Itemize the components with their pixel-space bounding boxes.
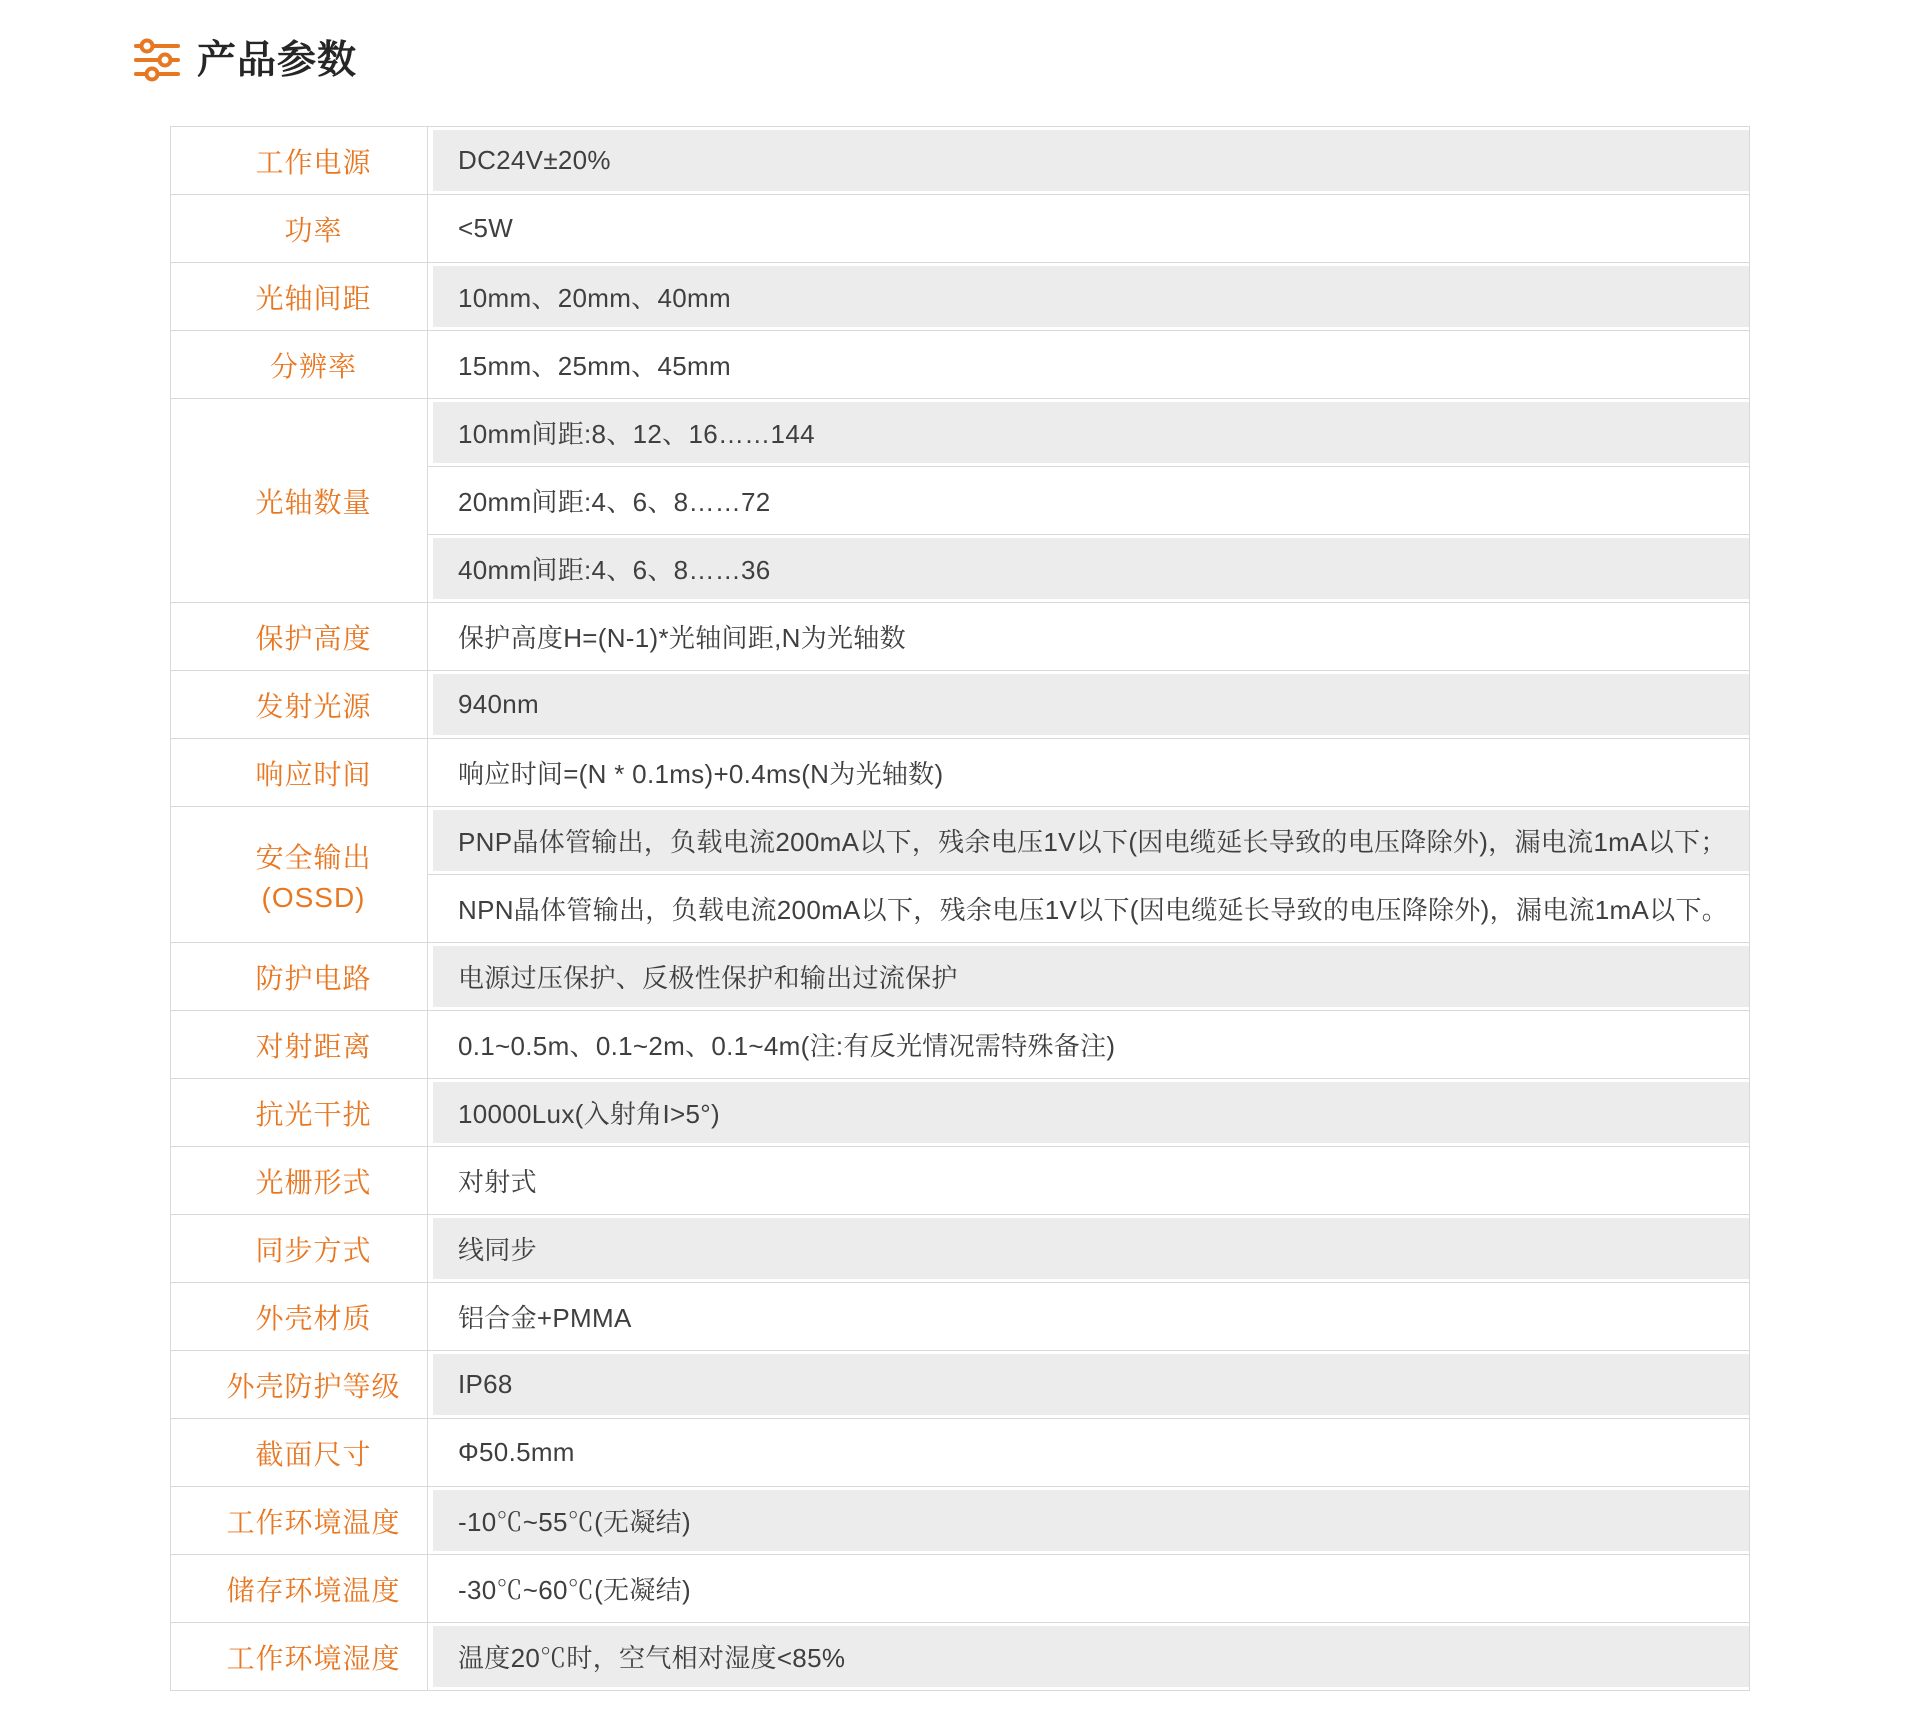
- param-value: Φ50.5mm: [428, 1419, 1750, 1487]
- param-value: -30℃~60℃(无凝结): [428, 1555, 1750, 1623]
- param-value: 铝合金+PMMA: [428, 1283, 1750, 1351]
- param-label: 光栅形式: [171, 1147, 428, 1215]
- table-row: 工作电源 DC24V±20%: [171, 127, 1750, 195]
- table-row: 光栅形式 对射式: [171, 1147, 1750, 1215]
- param-label: 防护电路: [171, 943, 428, 1011]
- table-row: 安全输出 (OSSD) PNP晶体管输出，负载电流200mA以下，残余电压1V以…: [171, 807, 1750, 875]
- table-row: 工作环境温度 -10℃~55℃(无凝结): [171, 1487, 1750, 1555]
- param-value: 15mm、25mm、45mm: [428, 331, 1750, 399]
- table-row: 对射距离 0.1~0.5m、0.1~2m、0.1~4m(注:有反光情况需特殊备注…: [171, 1011, 1750, 1079]
- table-row: 外壳材质 铝合金+PMMA: [171, 1283, 1750, 1351]
- param-label-line1: 安全输出: [255, 842, 371, 873]
- param-label: 工作环境温度: [171, 1487, 428, 1555]
- param-label: 保护高度: [171, 603, 428, 671]
- param-value: 20mm间距:4、6、8……72: [428, 467, 1750, 535]
- param-label: 工作电源: [171, 127, 428, 195]
- param-value: 0.1~0.5m、0.1~2m、0.1~4m(注:有反光情况需特殊备注): [428, 1011, 1750, 1079]
- table-row: 功率 <5W: [171, 195, 1750, 263]
- table-row: 外壳防护等级 IP68: [171, 1351, 1750, 1419]
- product-parameters-table: 工作电源 DC24V±20% 功率 <5W 光轴间距 10mm、20mm、40m…: [170, 126, 1750, 1691]
- param-label-line2: (OSSD): [201, 882, 426, 914]
- param-label: 同步方式: [171, 1215, 428, 1283]
- param-value: NPN晶体管输出，负载电流200mA以下，残余电压1V以下(因电缆延长导致的电压…: [428, 875, 1750, 943]
- param-value: 10mm间距:8、12、16……144: [428, 399, 1750, 467]
- param-value: <5W: [428, 195, 1750, 263]
- table-row: 响应时间 响应时间=(N * 0.1ms)+0.4ms(N为光轴数): [171, 739, 1750, 807]
- param-label: 储存环境温度: [171, 1555, 428, 1623]
- param-value: 10000Lux(入射角I>5°): [428, 1079, 1750, 1147]
- param-value: 40mm间距:4、6、8……36: [428, 535, 1750, 603]
- param-label: 安全输出 (OSSD): [171, 807, 428, 943]
- param-label: 功率: [171, 195, 428, 263]
- table-row: 抗光干扰 10000Lux(入射角I>5°): [171, 1079, 1750, 1147]
- param-value: 电源过压保护、反极性保护和输出过流保护: [428, 943, 1750, 1011]
- table-row: 发射光源 940nm: [171, 671, 1750, 739]
- table-row: 同步方式 线同步: [171, 1215, 1750, 1283]
- table-row: 截面尺寸 Φ50.5mm: [171, 1419, 1750, 1487]
- param-value: -10℃~55℃(无凝结): [428, 1487, 1750, 1555]
- param-value: PNP晶体管输出，负载电流200mA以下，残余电压1V以下(因电缆延长导致的电压…: [428, 807, 1750, 875]
- param-label: 光轴数量: [171, 399, 428, 603]
- param-label: 发射光源: [171, 671, 428, 739]
- param-value: 响应时间=(N * 0.1ms)+0.4ms(N为光轴数): [428, 739, 1750, 807]
- param-label: 外壳防护等级: [171, 1351, 428, 1419]
- section-header: 产品参数: [133, 38, 357, 82]
- param-value: 940nm: [428, 671, 1750, 739]
- table-row: 储存环境温度 -30℃~60℃(无凝结): [171, 1555, 1750, 1623]
- param-value: 温度20℃时，空气相对湿度<85%: [428, 1623, 1750, 1691]
- param-label: 工作环境湿度: [171, 1623, 428, 1691]
- table-row: 防护电路 电源过压保护、反极性保护和输出过流保护: [171, 943, 1750, 1011]
- param-value: 对射式: [428, 1147, 1750, 1215]
- param-value: 10mm、20mm、40mm: [428, 263, 1750, 331]
- table-row: 光轴间距 10mm、20mm、40mm: [171, 263, 1750, 331]
- param-label: 抗光干扰: [171, 1079, 428, 1147]
- param-value: 线同步: [428, 1215, 1750, 1283]
- param-value: 保护高度H=(N-1)*光轴间距,N为光轴数: [428, 603, 1750, 671]
- table-row: 保护高度 保护高度H=(N-1)*光轴间距,N为光轴数: [171, 603, 1750, 671]
- sliders-filter-icon: [133, 38, 181, 82]
- param-label: 响应时间: [171, 739, 428, 807]
- param-value: DC24V±20%: [428, 127, 1750, 195]
- param-label: 分辨率: [171, 331, 428, 399]
- param-label: 截面尺寸: [171, 1419, 428, 1487]
- table-row: 分辨率 15mm、25mm、45mm: [171, 331, 1750, 399]
- param-label: 外壳材质: [171, 1283, 428, 1351]
- table-row: 光轴数量 10mm间距:8、12、16……144: [171, 399, 1750, 467]
- param-label: 光轴间距: [171, 263, 428, 331]
- param-label: 对射距离: [171, 1011, 428, 1079]
- param-value: IP68: [428, 1351, 1750, 1419]
- table-row: 工作环境湿度 温度20℃时，空气相对湿度<85%: [171, 1623, 1750, 1691]
- page-title: 产品参数: [197, 41, 357, 80]
